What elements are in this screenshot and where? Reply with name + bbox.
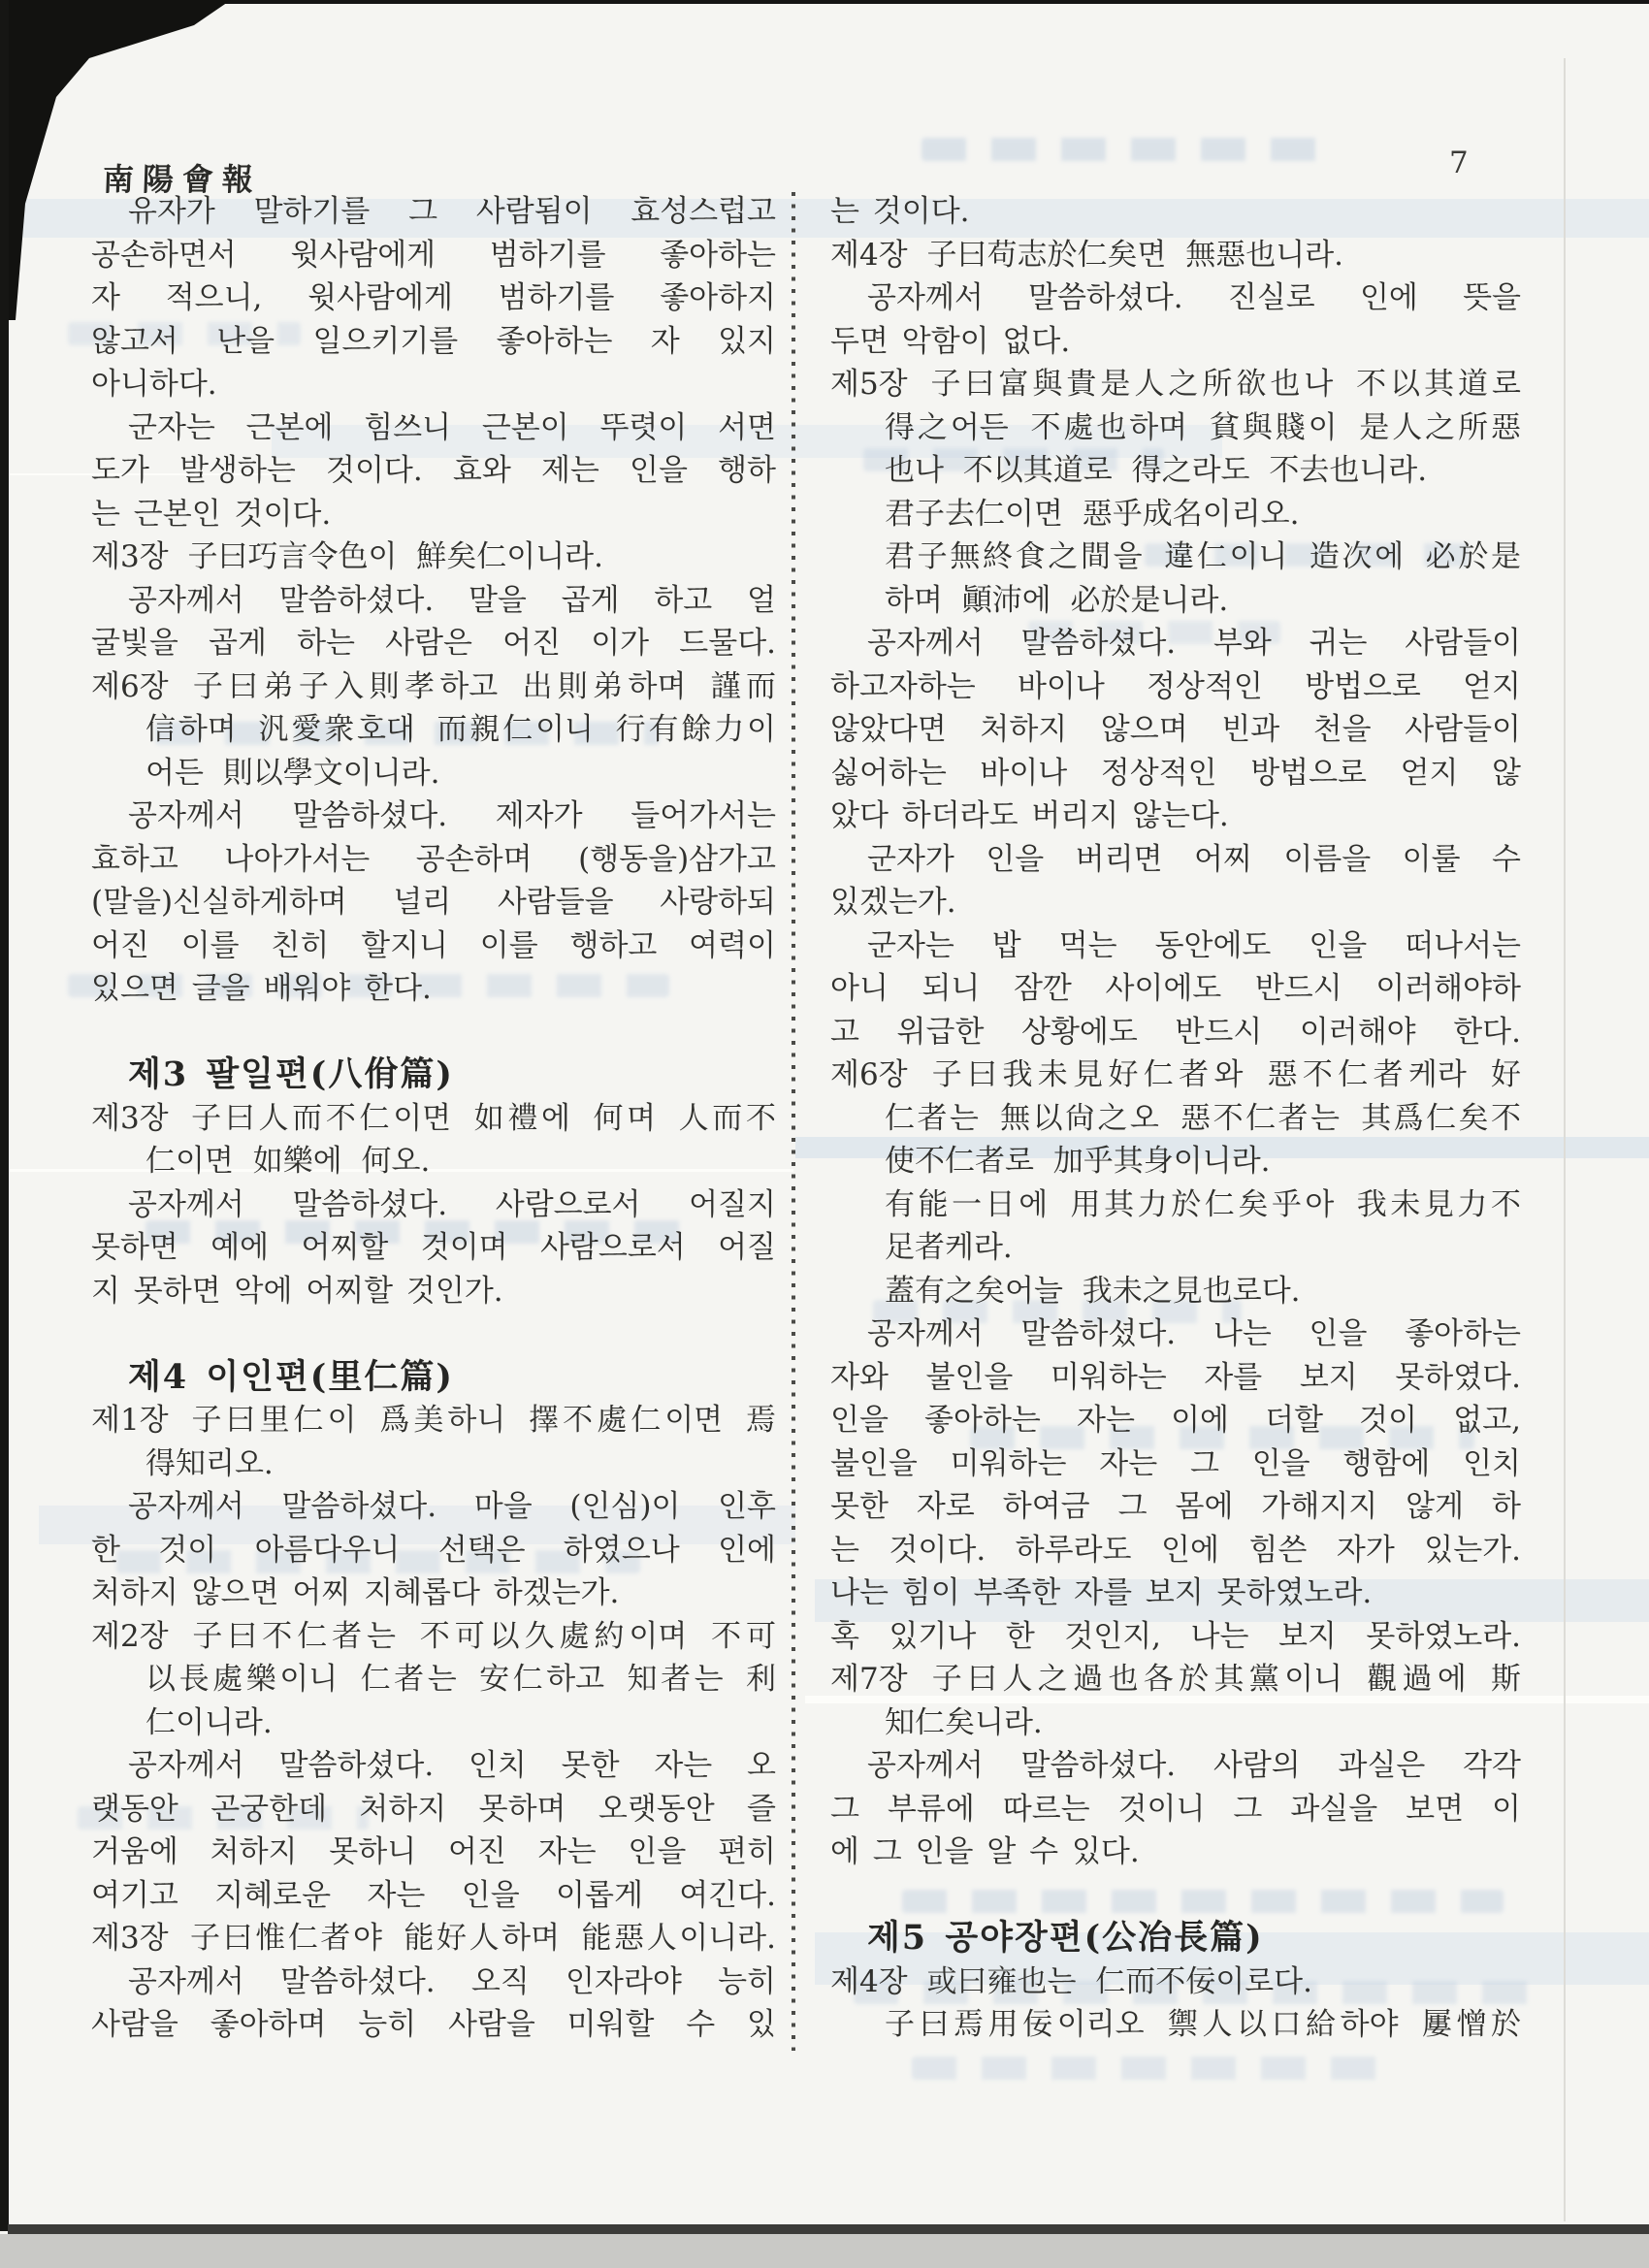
text-line: 공손하면서 윗사람에게 범하기를 좋아하는: [91, 234, 776, 277]
text-line: 어진 이를 친히 할지니 이를 행하고 여력이: [91, 924, 776, 968]
text-line: 불인을 미워하는 자는 그 인을 행함에 인치: [830, 1442, 1521, 1486]
text-line: 사람을 좋아하며 능히 사람을 미워할 수 있: [91, 2003, 776, 2047]
right-text-column: 는 것이다.제4장 子曰苟志於仁矣면 無惡也니라.공자께서 말씀하셨다. 진실로…: [830, 190, 1521, 2047]
chapter-line: 제4장 子曰苟志於仁矣면 無惡也니라.: [830, 234, 1521, 277]
blank-line: [91, 1312, 776, 1356]
text-line: 고 위급한 상황에도 반드시 이러해야 한다.: [830, 1011, 1521, 1054]
chapter-line: 知仁矣니라.: [830, 1701, 1521, 1745]
text-line: 에 그 인을 알 수 있다.: [830, 1831, 1521, 1874]
text-line: 혹 있기나 한 것인지, 나는 보지 못하였노라.: [830, 1615, 1521, 1659]
text-line: 공자께서 말씀하셨다. 사람의 과실은 각각: [830, 1744, 1521, 1788]
text-line: 유자가 말하기를 그 사람됨이 효성스럽고: [91, 190, 776, 234]
text-line: 두면 악함이 없다.: [830, 320, 1521, 364]
bleedthrough-text: [912, 2057, 1377, 2080]
text-line: 공자께서 말씀하셨다. 나는 인을 좋아하는: [830, 1312, 1521, 1356]
page-number: 7: [1449, 146, 1469, 180]
text-line: 굴빛을 곱게 하는 사람은 어진 이가 드물다.: [91, 622, 776, 665]
scan-edge-left: [0, 0, 9, 2231]
text-line: 도가 발생하는 것이다. 효와 제는 인을 행하: [91, 449, 776, 493]
chapter-line: 使不仁者로 加乎其身이니라.: [830, 1140, 1521, 1183]
text-line: 공자께서 말씀하셨다. 사람으로서 어질지: [91, 1183, 776, 1227]
text-line: 못하면 예에 어찌할 것이며 사람으로서 어질: [91, 1226, 776, 1270]
text-line: 싫어하는 바이나 정상적인 방법으로 얻지 않: [830, 752, 1521, 795]
blank-line: [91, 1011, 776, 1054]
text-line: 효하고 나아가서는 공손하며 (행동을)삼가고: [91, 838, 776, 882]
chapter-line: 제5장 子曰富與貴是人之所欲也나 不以其道로: [830, 363, 1521, 406]
scan-edge-top: [0, 0, 1649, 4]
chapter-line: 제3장 子曰巧言令色이 鮮矣仁이니라.: [91, 535, 776, 579]
text-line: 있으면 글을 배워야 한다.: [91, 967, 776, 1011]
text-line: 는 것이다. 하루라도 인에 힘쓴 자가 있는가.: [830, 1529, 1521, 1572]
text-line: 는 것이다.: [830, 190, 1521, 234]
section-heading: 제3 팔일편(八佾篇): [91, 1053, 776, 1097]
chapter-line: 仁이니라.: [91, 1701, 776, 1745]
scan-bed-bottom: [0, 2234, 1649, 2268]
chapter-line: 足者케라.: [830, 1226, 1521, 1270]
scan-edge-bottom: [8, 2224, 1649, 2234]
text-line: 공자께서 말씀하셨다. 인치 못한 자는 오: [91, 1744, 776, 1788]
chapter-line: 子曰焉用佞이리오 禦人以口給하야 屢憎於: [830, 2003, 1521, 2047]
text-line: 않고서 난을 일으키기를 좋아하는 자 있지: [91, 320, 776, 364]
chapter-line: 仁이면 如樂에 何오.: [91, 1140, 776, 1183]
chapter-line: 仁者는 無以尙之오 惡不仁者는 其爲仁矣不: [830, 1097, 1521, 1141]
text-line: 공자께서 말씀하셨다. 말을 곱게 하고 얼: [91, 579, 776, 623]
text-line: 거움에 처하지 못하니 어진 자는 인을 편히: [91, 1831, 776, 1874]
chapter-line: 제2장 子曰不仁者는 不可以久處約이며 不可: [91, 1615, 776, 1659]
scanned-page: 南陽會報 7 유자가 말하기를 그 사람됨이 효성스럽고공손하면서 윗사람에게 …: [0, 0, 1649, 2268]
column-divider-dotted-line: [792, 192, 795, 2051]
chapter-line: 어든 則以學文이니라.: [91, 752, 776, 795]
text-line: 공자께서 말씀하셨다. 진실로 인에 뜻을: [830, 276, 1521, 320]
section-heading: 제4 이인편(里仁篇): [91, 1356, 776, 1400]
text-line: 있겠는가.: [830, 881, 1521, 924]
text-line: (말을)신실하게하며 널리 사람들을 사랑하되: [91, 881, 776, 924]
chapter-line: 信하며 汎愛衆호대 而親仁이니 行有餘力이: [91, 708, 776, 752]
text-line: 처하지 않으면 어찌 지혜롭다 하겠는가.: [91, 1571, 776, 1615]
text-line: 았다 하더라도 버리지 않는다.: [830, 794, 1521, 838]
text-line: 군자는 밥 먹는 동안에도 인을 떠나서는: [830, 924, 1521, 968]
chapter-line: 제6장 子曰我未見好仁者와 惡不仁者케라 好: [830, 1053, 1521, 1097]
chapter-line: 有能一日에 用其力於仁矣乎아 我未見力不: [830, 1183, 1521, 1227]
chapter-line: 하며 顚沛에 必於是니라.: [830, 579, 1521, 623]
text-line: 아니하다.: [91, 363, 776, 406]
text-line: 한 것이 아름다우니 선택은 하였으나 인에: [91, 1529, 776, 1572]
bleedthrough-text: [921, 138, 1329, 161]
text-line: 나는 힘이 부족한 자를 보지 못하였노라.: [830, 1571, 1521, 1615]
chapter-line: 제3장 子曰人而不仁이면 如禮에 何며 人而不: [91, 1097, 776, 1141]
text-line: 못한 자로 하여금 그 몸에 가해지지 않게 하: [830, 1485, 1521, 1529]
text-line: 랫동안 곤궁한데 처하지 못하며 오랫동안 즐: [91, 1788, 776, 1831]
chapter-line: 蓋有之矣어늘 我未之見也로다.: [830, 1270, 1521, 1313]
text-line: 여기고 지혜로운 자는 인을 이롭게 여긴다.: [91, 1874, 776, 1918]
text-line: 군자가 인을 버리면 어찌 이름을 이룰 수: [830, 838, 1521, 882]
text-line: 공자께서 말씀하셨다. 오직 인자라야 능히: [91, 1960, 776, 2004]
text-line: 공자께서 말씀하셨다. 마을 (인심)이 인후: [91, 1485, 776, 1529]
chapter-line: 以長處樂이니 仁者는 安仁하고 知者는 利: [91, 1658, 776, 1701]
chapter-line: 제6장 子曰弟子入則孝하고 出則弟하며 謹而: [91, 665, 776, 709]
text-line: 아니 되니 잠깐 사이에도 반드시 이러해야하: [830, 967, 1521, 1011]
text-line: 는 근본인 것이다.: [91, 493, 776, 536]
left-text-column: 유자가 말하기를 그 사람됨이 효성스럽고공손하면서 윗사람에게 범하기를 좋아…: [91, 190, 776, 2047]
text-line: 군자는 근본에 힘쓰니 근본이 뚜렷이 서면: [91, 406, 776, 450]
text-line: 자 적으니, 윗사람에게 범하기를 좋아하지: [91, 276, 776, 320]
chapter-line: 제7장 子曰人之過也各於其黨이니 觀過에 斯: [830, 1658, 1521, 1701]
text-line: 지 못하면 악에 어찌할 것인가.: [91, 1270, 776, 1313]
text-line: 하고자하는 바이나 정상적인 방법으로 얻지: [830, 665, 1521, 709]
chapter-line: 君子無終食之間을 違仁이니 造次에 必於是: [830, 535, 1521, 579]
text-line: 공자께서 말씀하셨다. 제자가 들어가서는: [91, 794, 776, 838]
text-line: 그 부류에 따르는 것이니 그 과실을 보면 이: [830, 1788, 1521, 1831]
text-line: 공자께서 말씀하셨다. 부와 귀는 사람들이: [830, 622, 1521, 665]
text-line: 인을 좋아하는 자는 이에 더할 것이 없고,: [830, 1399, 1521, 1442]
text-line: 않았다면 처하지 않으며 빈과 천을 사람들이: [830, 708, 1521, 752]
section-heading: 제5 공야장편(公冶長篇): [830, 1917, 1521, 1960]
chapter-line: 제4장 或曰雍也는 仁而不佞이로다.: [830, 1960, 1521, 2004]
blank-line: [830, 1874, 1521, 1918]
page-edge-crease: [1564, 58, 1566, 2221]
chapter-line: 君子去仁이면 惡乎成名이리오.: [830, 493, 1521, 536]
chapter-line: 得之어든 不處也하며 貧與賤이 是人之所惡: [830, 406, 1521, 450]
text-line: 자와 불인을 미워하는 자를 보지 못하였다.: [830, 1356, 1521, 1400]
chapter-line: 也나 不以其道로 得之라도 不去也니라.: [830, 449, 1521, 493]
chapter-line: 제1장 子曰里仁이 爲美하니 擇不處仁이면 焉: [91, 1399, 776, 1442]
chapter-line: 제3장 子曰惟仁者야 能好人하며 能惡人이니라.: [91, 1917, 776, 1960]
chapter-line: 得知리오.: [91, 1442, 776, 1486]
